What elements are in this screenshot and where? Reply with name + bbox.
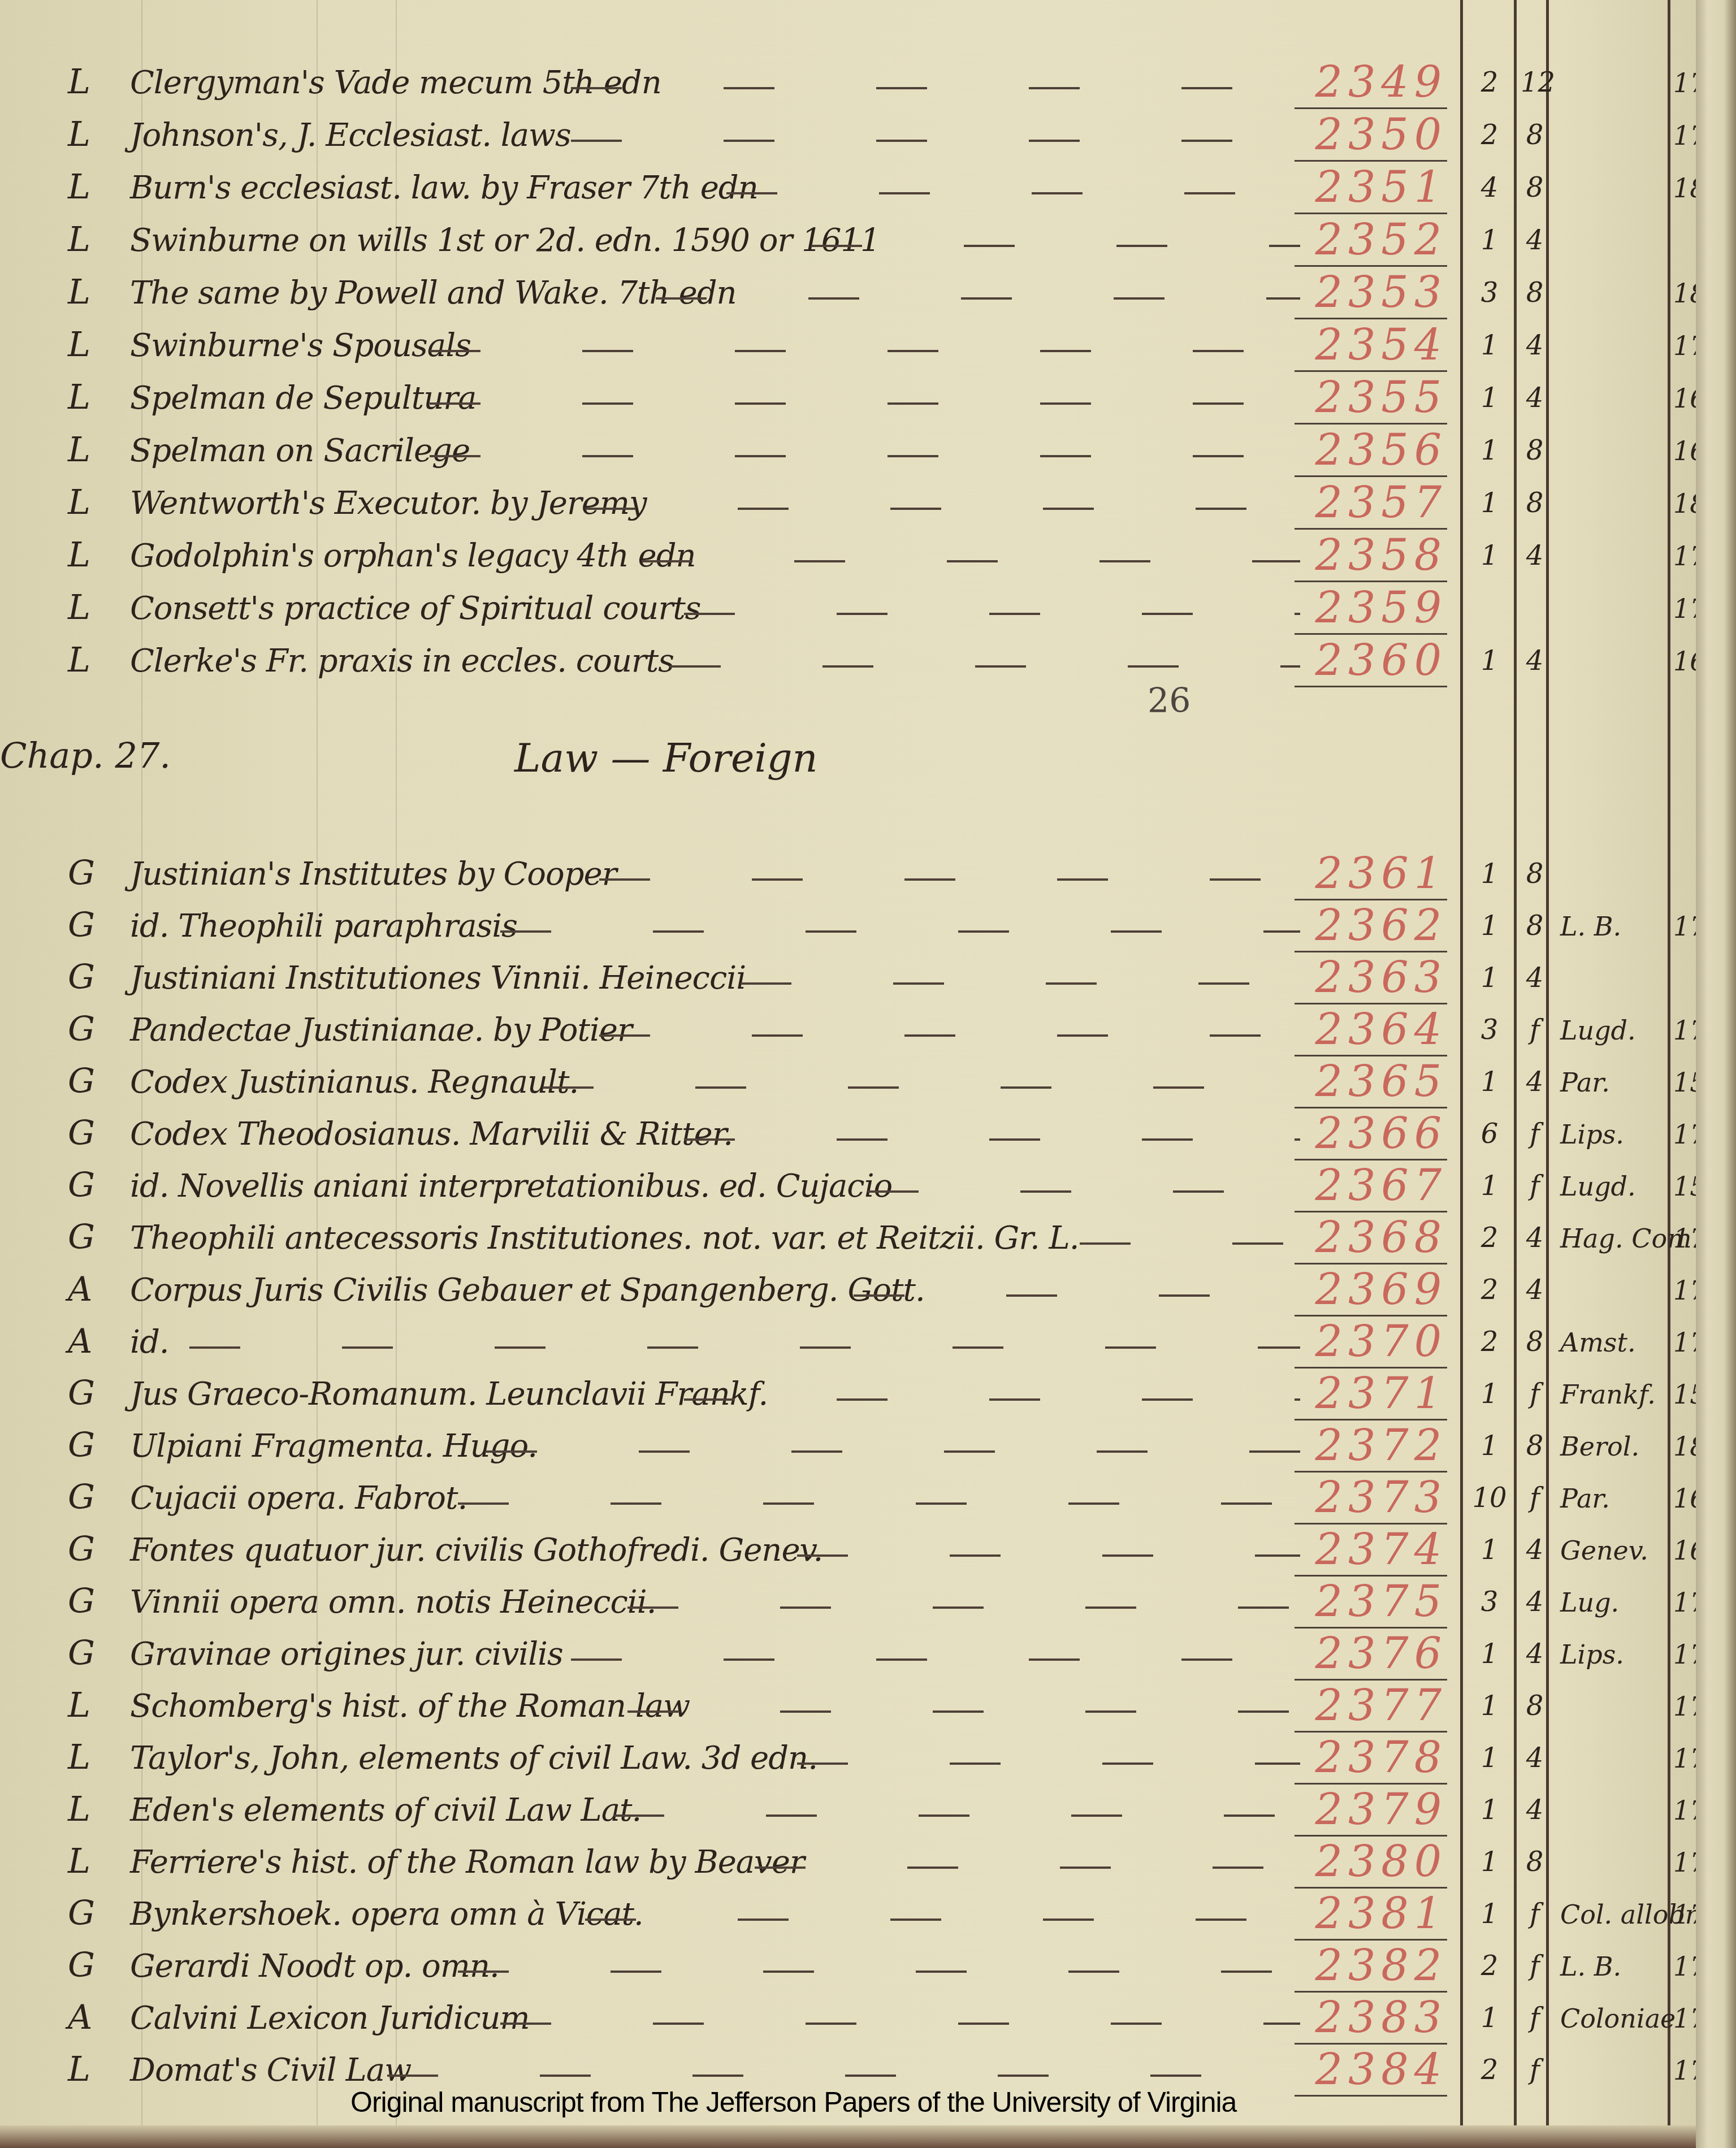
catalogue-entry: ACorpus Juris Civilis Gebauer et Spangen… [0, 1270, 1736, 1320]
catalogue-number: 2379 [1295, 1784, 1447, 1837]
catalogue-entry: LJohnson's, J. Ecclesiast. laws235028172… [0, 115, 1736, 166]
catalogue-number: 2354 [1295, 319, 1447, 372]
shelf-mark: L [68, 1842, 90, 1881]
catalogue-entry: GJustiniani Institutiones Vinnii. Heinec… [0, 958, 1736, 1008]
format-size: f [1521, 1118, 1549, 1150]
place-of-publication: Par. [1560, 1067, 1668, 1098]
volumes: 4 [1467, 172, 1512, 203]
catalogue-entry: GCodex Justinianus. Regnault.236514Par.1… [0, 1062, 1736, 1112]
catalogue-entry: LTaylor's, John, elements of civil Law. … [0, 1738, 1736, 1788]
shelf-mark: G [68, 1166, 95, 1205]
volumes: 1 [1467, 1898, 1512, 1930]
volumes: 1 [1467, 1534, 1512, 1566]
format-size: 4 [1521, 962, 1549, 994]
place-of-publication: Lips. [1560, 1639, 1668, 1670]
catalogue-entry: GPandectae Justinianae. by Potier23643fL… [0, 1010, 1736, 1060]
shelf-mark: G [68, 1426, 95, 1465]
place-of-publication: Lugd. [1560, 1015, 1668, 1046]
catalogue-number: 2376 [1295, 1628, 1447, 1681]
book-title: Taylor's, John, elements of civil Law. 3… [130, 1740, 817, 1777]
volumes: 1 [1467, 382, 1512, 414]
catalogue-number: 2383 [1295, 1992, 1447, 2045]
book-title: Schomberg's hist. of the Roman law [130, 1688, 690, 1725]
volumes: 1 [1467, 1638, 1512, 1670]
catalogue-number: 2380 [1295, 1836, 1447, 1889]
catalogue-entry: GCujacii opera. Fabrot.237310fPar.1657 [0, 1478, 1736, 1528]
volumes: 1 [1467, 1742, 1512, 1774]
catalogue-number: 2369 [1295, 1264, 1447, 1316]
leader-dashes [458, 1971, 1300, 1973]
shelf-mark: G [68, 1218, 95, 1257]
volumes: 2 [1467, 1274, 1512, 1306]
book-title: Godolphin's orphan's legacy 4th edn [130, 538, 696, 574]
format-size: f [1521, 1378, 1549, 1410]
catalogue-entry: GVinnii opera omn. notis Heineccii.23753… [0, 1582, 1736, 1632]
catalogue-entry: LConsett's practice of Spiritual courts2… [0, 588, 1736, 639]
book-title: Calvini Lexicon Juridicum [130, 2000, 530, 2037]
catalogue-number: 2360 [1295, 635, 1447, 687]
book-title: Wentworth's Executor. by Jeremy [130, 485, 647, 522]
catalogue-entry: GGerardi Noodt op. omn.23822fL. B.1760 [0, 1946, 1736, 1997]
catalogue-entry: GFontes quatuor jur. civilis Gothofredi.… [0, 1530, 1736, 1580]
folio-number: 26 [1148, 681, 1190, 721]
volumes: 2 [1467, 119, 1512, 151]
page-bottom-edge [0, 2125, 1696, 2148]
book-page-edge [1696, 0, 1736, 2148]
book-title: Cujacii opera. Fabrot. [130, 1480, 467, 1517]
book-title: Swinburne on wills 1st or 2d. edn. 1590 … [130, 222, 880, 259]
catalogue-entry: Aid.237028Amst.1700 [0, 1322, 1736, 1372]
shelf-mark: G [68, 1114, 95, 1153]
leader-dashes [500, 2023, 1300, 2025]
leader-dashes [585, 1919, 1300, 1921]
catalogue-entry: LSpelman de Sepultura2355141641 [0, 378, 1736, 428]
catalogue-entry: Gid. Theophili paraphrasis236218L. B.173… [0, 906, 1736, 956]
shelf-mark: G [68, 1530, 95, 1569]
book-title: id. Theophili paraphrasis [130, 908, 517, 945]
catalogue-number: 2377 [1295, 1680, 1447, 1733]
volumes: 2 [1467, 67, 1512, 98]
book-title: Bynkershoek. opera omn à Vicat. [130, 1896, 643, 1933]
book-title: id. [130, 1324, 169, 1361]
catalogue-entry: LGodolphin's orphan's legacy 4th edn2358… [0, 535, 1736, 586]
volumes: 1 [1467, 1430, 1512, 1462]
book-title: Clerke's Fr. praxis in eccles. courts [130, 643, 674, 679]
leader-dashes [571, 140, 1300, 142]
leader-dashes [726, 192, 1300, 194]
format-size: 4 [1521, 1638, 1549, 1670]
volumes: 1 [1467, 1378, 1512, 1410]
format-size: f [1521, 2054, 1549, 2086]
volumes: 1 [1467, 645, 1512, 677]
leader-dashes [797, 1762, 1300, 1765]
shelf-mark: L [68, 220, 90, 259]
volumes: 1 [1467, 330, 1512, 361]
leader-dashes [543, 1086, 1300, 1089]
shelf-mark: G [68, 1946, 95, 1985]
format-size: 4 [1521, 1742, 1549, 1774]
format-size: 8 [1521, 858, 1549, 890]
leader-dashes [430, 455, 1300, 457]
shelf-mark: G [68, 854, 95, 893]
leader-dashes [670, 665, 1300, 668]
book-title: Johnson's, J. Ecclesiast. laws [130, 117, 571, 154]
volumes: 1 [1467, 540, 1512, 571]
format-size: 8 [1521, 1326, 1549, 1358]
shelf-mark: A [68, 1998, 92, 2037]
book-title: Justiniani Institutiones Vinnii. Heinecc… [130, 960, 746, 997]
book-title: The same by Powell and Wake. 7th edn [130, 275, 737, 311]
catalogue-entry: LSpelman on Sacrilege2356181693 [0, 430, 1736, 481]
shelf-mark: L [68, 167, 90, 207]
catalogue-number: 2367 [1295, 1160, 1447, 1212]
catalogue-number: 2356 [1295, 425, 1447, 477]
catalogue-number: 2371 [1295, 1368, 1447, 1421]
format-size: 8 [1521, 910, 1549, 942]
book-title: Pandectae Justinianae. by Potier [130, 1012, 632, 1049]
leader-dashes [684, 1398, 1300, 1401]
catalogue-entry: GBynkershoek. opera omn à Vicat.23811fCo… [0, 1894, 1736, 1945]
volumes: 2 [1467, 2054, 1512, 2086]
catalogue-number: 2370 [1295, 1316, 1447, 1369]
shelf-mark: G [68, 1582, 95, 1621]
leader-dashes [387, 2075, 1300, 2077]
book-title: id. Novellis aniani interpretationibus. … [130, 1168, 892, 1205]
format-size: 8 [1521, 119, 1549, 151]
catalogue-entry: GTheophili antecessoris Institutiones. n… [0, 1218, 1736, 1268]
book-title: Justinian's Institutes by Cooper [130, 856, 616, 893]
book-title: Fontes quatuor jur. civilis Gothofredi. … [130, 1532, 822, 1569]
catalogue-number: 2372 [1295, 1420, 1447, 1473]
leader-dashes [458, 1502, 1300, 1505]
catalogue-number: 2351 [1295, 162, 1447, 214]
format-size: 4 [1521, 224, 1549, 256]
book-title: Codex Justinianus. Regnault. [130, 1064, 578, 1101]
format-size: f [1521, 1950, 1549, 1982]
catalogue-number: 2368 [1295, 1212, 1447, 1264]
catalogue-number: 2352 [1295, 214, 1447, 267]
catalogue-entry: LSchomberg's hist. of the Roman law23771… [0, 1686, 1736, 1736]
format-size: 8 [1521, 1690, 1549, 1722]
shelf-mark: G [68, 958, 95, 997]
place-of-publication: Berol. [1560, 1431, 1668, 1462]
shelf-mark: G [68, 1634, 95, 1673]
catalogue-entry: LBurn's ecclesiast. law. by Fraser 7th e… [0, 167, 1736, 218]
shelf-mark: L [68, 1738, 90, 1777]
leader-dashes [656, 297, 1300, 300]
leader-dashes [854, 1294, 1300, 1297]
shelf-mark: L [68, 1686, 90, 1725]
leader-dashes [430, 402, 1300, 405]
catalogue-entry: LSwinburne's Spousals2354141711 [0, 325, 1736, 376]
volumes: 1 [1467, 2002, 1512, 2034]
leader-dashes [797, 1554, 1300, 1557]
catalogue-entry: LClergyman's Vade mecum 5th edn234921217… [0, 62, 1736, 113]
book-title: Consett's practice of Spiritual courts [130, 590, 700, 627]
volumes: 1 [1467, 1690, 1512, 1722]
format-size: 8 [1521, 435, 1549, 466]
catalogue-entry: GJus Graeco-Romanum. Leunclavii Frankf.2… [0, 1374, 1736, 1424]
catalogue-entry: GCodex Theodosianus. Marvilii & Ritter.2… [0, 1114, 1736, 1164]
catalogue-number: 2355 [1295, 372, 1447, 425]
book-title: Domat's Civil Law [130, 2052, 411, 2089]
book-title: Vinnii opera omn. notis Heineccii. [130, 1584, 656, 1621]
leader-dashes [585, 508, 1300, 510]
catalogue-number: 2359 [1295, 582, 1447, 635]
catalogue-number: 2375 [1295, 1576, 1447, 1629]
leader-dashes [684, 613, 1300, 615]
catalogue-entry: LFerriere's hist. of the Roman law by Be… [0, 1842, 1736, 1893]
volumes: 3 [1467, 1586, 1512, 1618]
volumes: 1 [1467, 435, 1512, 466]
catalogue-number: 2353 [1295, 267, 1447, 319]
leader-dashes [571, 87, 1300, 89]
format-size: f [1521, 1014, 1549, 1046]
shelf-mark: L [68, 640, 90, 680]
catalogue-number: 2378 [1295, 1732, 1447, 1785]
leader-dashes [599, 1034, 1300, 1037]
manuscript-page: LClergyman's Vade mecum 5th edn234921217… [0, 0, 1696, 2148]
format-size: 8 [1521, 1430, 1549, 1462]
catalogue-number: 2349 [1295, 57, 1447, 109]
section-title: Law — Foreign [514, 735, 818, 781]
book-title: Ulpiani Fragmenta. Hugo. [130, 1428, 537, 1465]
leader-dashes [868, 1190, 1300, 1193]
leader-dashes [613, 1814, 1300, 1817]
place-of-publication: Hag. Com. [1560, 1223, 1668, 1254]
shelf-mark: L [68, 483, 90, 522]
catalogue-entry: Gid. Novellis aniani interpretationibus.… [0, 1166, 1736, 1216]
shelf-mark: L [68, 588, 90, 627]
catalogue-number: 2366 [1295, 1108, 1447, 1160]
shelf-mark: A [68, 1322, 92, 1361]
format-size: 4 [1521, 1534, 1549, 1566]
leader-dashes [755, 1866, 1300, 1869]
format-size: 12 [1521, 67, 1549, 98]
format-size: 8 [1521, 1846, 1549, 1878]
place-of-publication: Frankf. [1560, 1379, 1668, 1410]
catalogue-entry: LSwinburne on wills 1st or 2d. edn. 1590… [0, 220, 1736, 271]
volumes: 1 [1467, 1794, 1512, 1826]
shelf-mark: L [68, 1790, 90, 1829]
format-size: 4 [1521, 1274, 1549, 1306]
shelf-mark: L [68, 2050, 90, 2089]
format-size: 4 [1521, 1222, 1549, 1254]
leader-dashes [627, 1710, 1300, 1713]
catalogue-number: 2362 [1295, 900, 1447, 952]
volumes: 1 [1467, 487, 1512, 519]
catalogue-entry: LClerke's Fr. praxis in eccles. courts23… [0, 640, 1736, 691]
volumes: 2 [1467, 1950, 1512, 1982]
catalogue-number: 2374 [1295, 1524, 1447, 1577]
leader-dashes [571, 1658, 1300, 1661]
catalogue-entry: LWentworth's Executor. by Jeremy23571818… [0, 483, 1736, 534]
place-of-publication: Lug. [1560, 1587, 1668, 1618]
format-size: 4 [1521, 540, 1549, 571]
leader-dashes [811, 245, 1300, 247]
book-title: Gravinae origines jur. civilis [130, 1636, 563, 1673]
format-size: 4 [1521, 330, 1549, 361]
book-title: Spelman on Sacrilege [130, 432, 470, 469]
chapter-label: Chap. 27. [0, 735, 171, 776]
volumes: 6 [1467, 1118, 1512, 1150]
volumes: 1 [1467, 224, 1512, 256]
book-title: Gerardi Noodt op. omn. [130, 1948, 499, 1985]
volumes: 2 [1467, 1326, 1512, 1358]
catalogue-number: 2358 [1295, 530, 1447, 582]
format-size: 4 [1521, 1794, 1549, 1826]
leader-dashes [684, 1138, 1300, 1141]
book-title: Burn's ecclesiast. law. by Fraser 7th ed… [130, 170, 758, 206]
volumes: 1 [1467, 858, 1512, 890]
book-title: Eden's elements of civil Law Lat. [130, 1792, 641, 1829]
shelf-mark: G [68, 1478, 95, 1517]
volumes: 3 [1467, 277, 1512, 309]
format-size: 4 [1521, 1066, 1549, 1098]
leader-dashes [486, 1450, 1300, 1453]
catalogue-number: 2363 [1295, 952, 1447, 1004]
shelf-mark: A [68, 1270, 92, 1309]
leader-dashes [430, 350, 1300, 352]
catalogue-number: 2382 [1295, 1940, 1447, 1993]
shelf-mark: L [68, 535, 90, 575]
place-of-publication: Genev. [1560, 1535, 1668, 1566]
book-title: Theophili antecessoris Institutiones. no… [130, 1220, 1079, 1257]
shelf-mark: G [68, 906, 95, 945]
format-size: f [1521, 2002, 1549, 2034]
catalogue-number: 2364 [1295, 1004, 1447, 1056]
shelf-mark: L [68, 62, 90, 102]
catalogue-number: 2384 [1295, 2044, 1447, 2097]
catalogue-entry: LThe same by Powell and Wake. 7th edn235… [0, 272, 1736, 323]
volumes: 1 [1467, 1846, 1512, 1878]
shelf-mark: G [68, 1010, 95, 1049]
place-of-publication: L. B. [1560, 911, 1668, 942]
catalogue-number: 2357 [1295, 477, 1447, 530]
leader-dashes [627, 1606, 1300, 1609]
shelf-mark: G [68, 1374, 95, 1413]
leader-dashes [500, 930, 1300, 933]
place-of-publication: Amst. [1560, 1327, 1668, 1358]
catalogue-number: 2361 [1295, 848, 1447, 900]
volumes: 10 [1467, 1482, 1512, 1514]
volumes: 3 [1467, 1014, 1512, 1046]
shelf-mark: L [68, 325, 90, 365]
leader-dashes [741, 982, 1300, 985]
catalogue-entry: GJustinian's Institutes by Cooper236118 [0, 854, 1736, 904]
catalogue-number: 2381 [1295, 1888, 1447, 1941]
shelf-mark: L [68, 115, 90, 154]
format-size: f [1521, 1898, 1549, 1930]
volumes: 1 [1467, 1170, 1512, 1202]
place-of-publication: Coloniae [1560, 2003, 1668, 2034]
leader-dashes [642, 560, 1300, 562]
format-size: 4 [1521, 1586, 1549, 1618]
format-size: 8 [1521, 487, 1549, 519]
shelf-mark: G [68, 1062, 95, 1101]
book-title: Corpus Juris Civilis Gebauer et Spangenb… [130, 1272, 925, 1309]
leader-dashes [599, 878, 1300, 881]
format-size: 4 [1521, 382, 1549, 414]
leader-dashes [1080, 1242, 1300, 1245]
place-of-publication: L. B. [1560, 1951, 1668, 1982]
place-of-publication: Lips. [1560, 1119, 1668, 1150]
book-title: Swinburne's Spousals [130, 327, 471, 364]
book-title: Spelman de Sepultura [130, 380, 476, 417]
catalogue-number: 2350 [1295, 109, 1447, 162]
book-title: Ferriere's hist. of the Roman law by Bea… [130, 1844, 804, 1881]
format-size: 8 [1521, 172, 1549, 203]
place-of-publication: Col. allobr. [1560, 1899, 1668, 1930]
volumes: 2 [1467, 1222, 1512, 1254]
catalogue-entry: GGravinae origines jur. civilis237614Lip… [0, 1634, 1736, 1684]
shelf-mark: L [68, 430, 90, 470]
place-of-publication: Par. [1560, 1483, 1668, 1514]
volumes: 1 [1467, 1066, 1512, 1098]
format-size: 8 [1521, 277, 1549, 309]
catalogue-number: 2365 [1295, 1056, 1447, 1108]
catalogue-entry: LEden's elements of civil Law Lat.237914… [0, 1790, 1736, 1840]
volumes: 1 [1467, 910, 1512, 942]
catalogue-number: 2373 [1295, 1472, 1447, 1525]
shelf-mark: G [68, 1894, 95, 1933]
format-size: f [1521, 1482, 1549, 1514]
format-size: f [1521, 1170, 1549, 1202]
catalogue-entry: GUlpiani Fragmenta. Hugo.237218Berol.181… [0, 1426, 1736, 1476]
format-size: 4 [1521, 645, 1549, 677]
shelf-mark: L [68, 378, 90, 417]
book-title: Clergyman's Vade mecum 5th edn [130, 64, 661, 101]
leader-dashes [189, 1346, 1300, 1349]
shelf-mark: L [68, 272, 90, 312]
volumes: 1 [1467, 962, 1512, 994]
credit-caption: Original manuscript from The Jefferson P… [350, 2086, 1236, 2119]
book-title: Jus Graeco-Romanum. Leunclavii Frankf. [130, 1376, 768, 1413]
place-of-publication: Lugd. [1560, 1171, 1668, 1202]
book-title: Codex Theodosianus. Marvilii & Ritter. [130, 1116, 733, 1153]
catalogue-entry: ACalvini Lexicon Juridicum23831fColoniae… [0, 1998, 1736, 2049]
